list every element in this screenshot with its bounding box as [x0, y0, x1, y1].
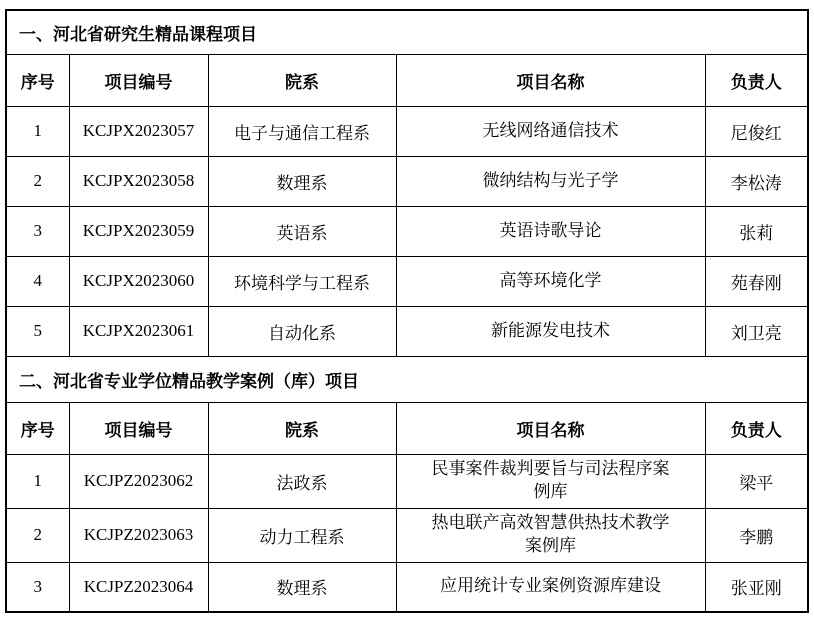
cell-name: 英语诗歌导论: [396, 206, 705, 256]
cell-seq: 4: [6, 256, 69, 306]
cell-dept: 自动化系: [208, 306, 396, 356]
cell-name: 微纳结构与光子学: [396, 156, 705, 206]
cell-name: 无线网络通信技术: [396, 106, 705, 156]
cell-leader: 尼俊红: [705, 106, 808, 156]
col-header-dept: 院系: [208, 54, 396, 106]
cell-dept: 电子与通信工程系: [208, 106, 396, 156]
cell-dept: 英语系: [208, 206, 396, 256]
cell-seq: 2: [6, 156, 69, 206]
cell-name: 民事案件裁判要旨与司法程序案例库: [396, 454, 705, 508]
cell-seq: 1: [6, 106, 69, 156]
table-row: 5 KCJPX2023061 自动化系 新能源发电技术 刘卫亮: [6, 306, 808, 356]
cell-leader: 苑春刚: [705, 256, 808, 306]
cell-dept: 动力工程系: [208, 508, 396, 562]
cell-code: KCJPX2023061: [69, 306, 208, 356]
projects-table: 一、河北省研究生精品课程项目 序号 项目编号 院系 项目名称 负责人 1 KCJ…: [5, 9, 809, 613]
cell-code: KCJPZ2023062: [69, 454, 208, 508]
cell-dept: 法政系: [208, 454, 396, 508]
cell-name: 新能源发电技术: [396, 306, 705, 356]
cell-name: 热电联产高效智慧供热技术教学案例库: [396, 508, 705, 562]
cell-leader: 李松涛: [705, 156, 808, 206]
col-header-seq: 序号: [6, 54, 69, 106]
cell-dept: 数理系: [208, 562, 396, 612]
cell-code: KCJPX2023058: [69, 156, 208, 206]
table-row: 4 KCJPX2023060 环境科学与工程系 高等环境化学 苑春刚: [6, 256, 808, 306]
cell-code: KCJPX2023057: [69, 106, 208, 156]
cell-code: KCJPZ2023063: [69, 508, 208, 562]
cell-dept: 数理系: [208, 156, 396, 206]
header-row: 序号 项目编号 院系 项目名称 负责人: [6, 402, 808, 454]
cell-code: KCJPX2023060: [69, 256, 208, 306]
section-2-title: 二、河北省专业学位精品教学案例（库）项目: [6, 356, 808, 402]
cell-seq: 3: [6, 206, 69, 256]
cell-dept: 环境科学与工程系: [208, 256, 396, 306]
cell-leader: 张亚刚: [705, 562, 808, 612]
col-header-code: 项目编号: [69, 402, 208, 454]
col-header-seq: 序号: [6, 402, 69, 454]
col-header-name: 项目名称: [396, 54, 705, 106]
section-title-row: 二、河北省专业学位精品教学案例（库）项目: [6, 356, 808, 402]
header-row: 序号 项目编号 院系 项目名称 负责人: [6, 54, 808, 106]
table-row: 2 KCJPZ2023063 动力工程系 热电联产高效智慧供热技术教学案例库 李…: [6, 508, 808, 562]
cell-seq: 1: [6, 454, 69, 508]
col-header-code: 项目编号: [69, 54, 208, 106]
table-row: 3 KCJPZ2023064 数理系 应用统计专业案例资源库建设 张亚刚: [6, 562, 808, 612]
col-header-leader: 负责人: [705, 402, 808, 454]
col-header-leader: 负责人: [705, 54, 808, 106]
table-row: 1 KCJPX2023057 电子与通信工程系 无线网络通信技术 尼俊红: [6, 106, 808, 156]
table-row: 2 KCJPX2023058 数理系 微纳结构与光子学 李松涛: [6, 156, 808, 206]
cell-leader: 刘卫亮: [705, 306, 808, 356]
cell-leader: 梁平: [705, 454, 808, 508]
cell-seq: 2: [6, 508, 69, 562]
cell-leader: 李鹏: [705, 508, 808, 562]
cell-seq: 5: [6, 306, 69, 356]
col-header-dept: 院系: [208, 402, 396, 454]
cell-seq: 3: [6, 562, 69, 612]
section-1-title: 一、河北省研究生精品课程项目: [6, 10, 808, 54]
cell-leader: 张莉: [705, 206, 808, 256]
table-row: 1 KCJPZ2023062 法政系 民事案件裁判要旨与司法程序案例库 梁平: [6, 454, 808, 508]
cell-name: 高等环境化学: [396, 256, 705, 306]
col-header-name: 项目名称: [396, 402, 705, 454]
cell-name: 应用统计专业案例资源库建设: [396, 562, 705, 612]
cell-code: KCJPZ2023064: [69, 562, 208, 612]
cell-code: KCJPX2023059: [69, 206, 208, 256]
table-row: 3 KCJPX2023059 英语系 英语诗歌导论 张莉: [6, 206, 808, 256]
section-title-row: 一、河北省研究生精品课程项目: [6, 10, 808, 54]
